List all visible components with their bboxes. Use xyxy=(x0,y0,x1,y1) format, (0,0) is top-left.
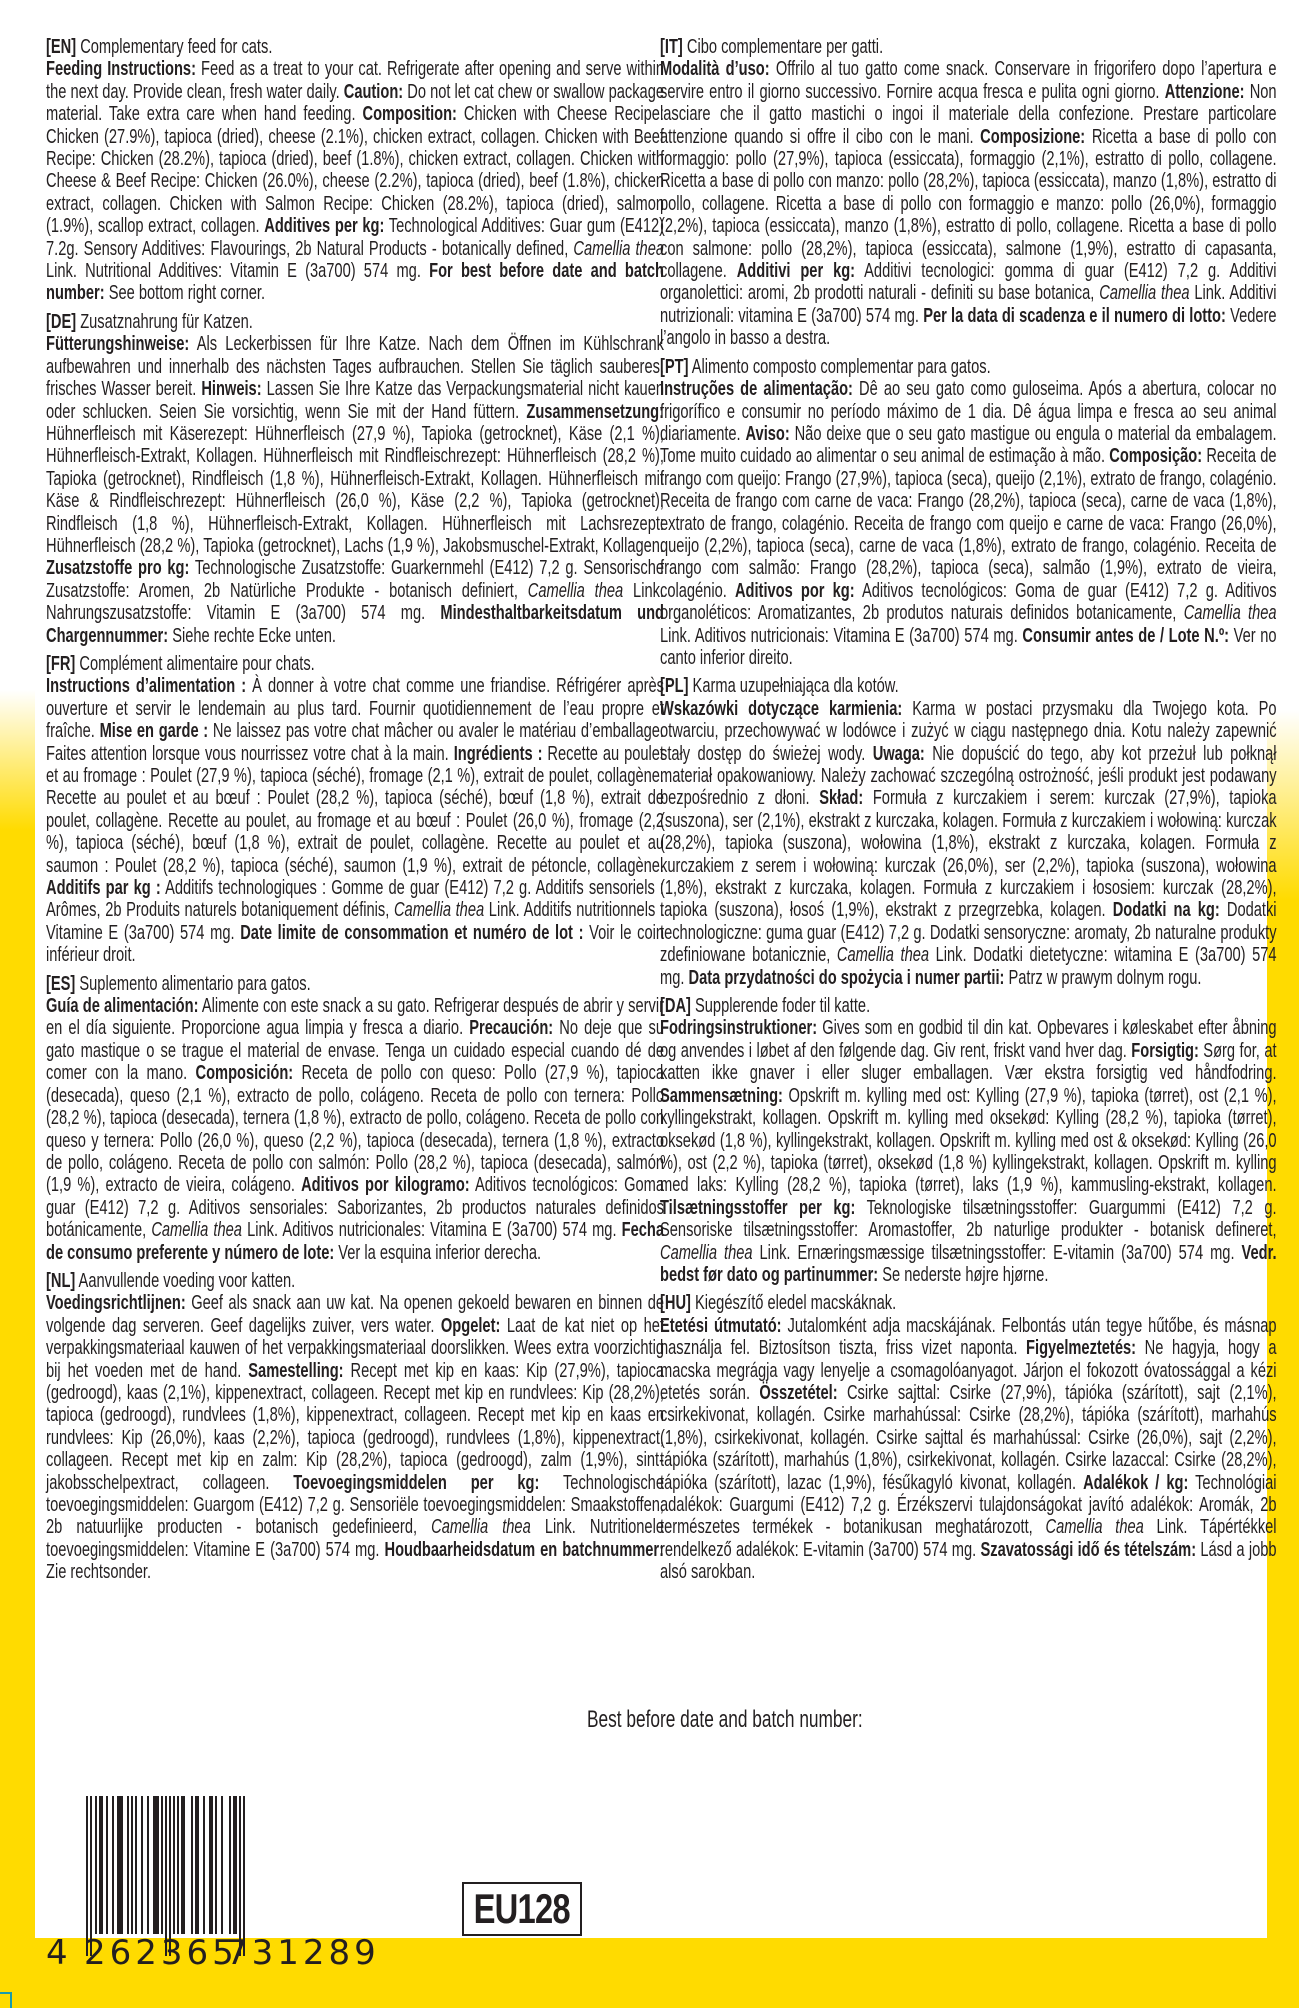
caution-label: Caution: xyxy=(344,81,403,103)
section-fr: [FR] Complément alimentaire pour chats. … xyxy=(46,653,664,967)
section-da: [DA] Supplerende foder til katte. Fodrin… xyxy=(660,995,1277,1286)
barcode-bar xyxy=(243,1796,245,1956)
left-column: [EN] Complementary feed for cats. Feedin… xyxy=(46,36,664,1590)
section-body: Feeding Instructions: Feed as a treat to… xyxy=(46,58,664,304)
camellia-thea-text: Camellia thea xyxy=(431,1516,531,1538)
caution-label: Attenzione: xyxy=(1165,81,1245,103)
right-column: [IT] Cibo complementare per gatti. Modal… xyxy=(660,36,1277,1590)
best-before-label: Data przydatności do spożycia i numer pa… xyxy=(689,967,1005,989)
section-body: Guía de alimentación: Alimente con este … xyxy=(46,995,664,1264)
language-tag: [DE] xyxy=(46,311,76,333)
barcode-bar xyxy=(106,1796,108,1934)
feeding-label: Fodringsinstruktioner: xyxy=(660,1017,817,1039)
section-intro: [ES] Suplemento alimentario para gatos. xyxy=(46,973,664,995)
composition-text: Hühnerfleisch mit Käserezept: Hühnerflei… xyxy=(46,423,664,557)
barcode-bar xyxy=(117,1796,123,1934)
section-de: [DE] Zusatznahrung für Katzen. Fütterung… xyxy=(46,311,664,647)
section-intro: [EN] Complementary feed for cats. xyxy=(46,36,664,58)
barcode-bar xyxy=(177,1796,179,1934)
barcode-bar xyxy=(233,1796,237,1934)
section-intro: [IT] Cibo complementare per gatti. xyxy=(660,36,1277,58)
language-tag: [ES] xyxy=(46,973,75,995)
section-it: [IT] Cibo complementare per gatti. Modal… xyxy=(660,36,1277,350)
best-before-label: Szavatossági idő és tételszám: xyxy=(980,1539,1196,1561)
composition-label: Composição: xyxy=(1109,445,1202,467)
additives-text-2: Link. Aditivos nutricionales: Vitamina E… xyxy=(247,1219,616,1241)
camellia-thea-text: Camellia thea xyxy=(1099,282,1189,304)
feeding-label: Instructions d’alimentation : xyxy=(46,675,246,697)
intro-text: Complément alimentaire pour chats. xyxy=(79,653,314,675)
additives-label: Aditivos por kg: xyxy=(735,580,855,602)
camellia-thea-text: Camellia thea xyxy=(151,1219,242,1241)
section-en: [EN] Complementary feed for cats. Feedin… xyxy=(46,36,664,305)
composition-text: Ricetta a base di pollo con formaggio: p… xyxy=(660,126,1277,282)
intro-text: Suplemento alimentario para gatos. xyxy=(79,973,310,995)
composition-label: Samestelling: xyxy=(248,1360,343,1382)
composition-label: Sammensætning: xyxy=(660,1085,783,1107)
barcode-bars xyxy=(86,1796,348,1946)
section-intro: [FR] Complément alimentaire pour chats. xyxy=(46,653,664,675)
barcode-bar xyxy=(90,1796,92,1956)
section-pt: [PT] Alimento composto complementar para… xyxy=(660,356,1277,670)
feeding-label: Feeding Instructions: xyxy=(46,58,196,80)
section-body: Modalità d’uso: Offrilo al tuo gatto com… xyxy=(660,58,1277,349)
caution-label: Uwaga: xyxy=(873,743,925,765)
best-before-label: Date limite de consommation et numéro de… xyxy=(240,922,583,944)
camellia-thea-text: Camellia thea xyxy=(1184,602,1277,624)
section-body: Instructions d’alimentation : À donner à… xyxy=(46,675,664,966)
section-body: Etetési útmutató: Jutalomként adja macsk… xyxy=(660,1315,1277,1584)
caution-label: Mise en garde : xyxy=(100,720,209,742)
language-tag: [IT] xyxy=(660,36,683,58)
barcode-bar xyxy=(112,1796,114,1934)
barcode-bar xyxy=(99,1796,103,1934)
section-intro: [HU] Kiegészítő eledel macskáknak. xyxy=(660,1292,1277,1314)
feeding-label: Voedingsrichtlijnen: xyxy=(46,1292,186,1314)
barcode-bar xyxy=(127,1796,129,1934)
camellia-thea-text: Camellia thea xyxy=(528,580,623,602)
camellia-thea-text: Camellia thea xyxy=(660,1242,753,1264)
barcode-bar xyxy=(95,1796,97,1934)
additives-label: Additives per kg: xyxy=(264,215,384,237)
barcode-bar xyxy=(191,1796,193,1934)
barcode-bar xyxy=(147,1796,149,1934)
feeding-label: Fütterungshinweise: xyxy=(46,333,189,355)
section-intro: [NL] Aanvullende voeding voor katten. xyxy=(46,1270,664,1292)
section-body: Instruções de alimentação: Dê ao seu gat… xyxy=(660,378,1277,669)
best-before-text: See bottom right corner. xyxy=(109,282,265,304)
barcode-bar xyxy=(153,1796,159,1934)
camellia-thea-text: Camellia thea xyxy=(573,238,664,260)
caution-label: Opgelet: xyxy=(441,1315,500,1337)
barcode-bar xyxy=(169,1796,171,1956)
barcode-bar xyxy=(161,1796,163,1934)
barcode-bar xyxy=(181,1796,185,1934)
barcode-right-group: 731289 xyxy=(226,1936,380,1970)
section-body: Wskazówki dotyczące karmienia: Karma w p… xyxy=(660,698,1277,989)
additives-label: Aditivos por kilogramo: xyxy=(301,1174,470,1196)
language-tag: [FR] xyxy=(46,653,75,675)
composition-label: Composición: xyxy=(196,1062,294,1084)
additives-label: Additivi per kg: xyxy=(737,260,855,282)
composition-label: Összetétel: xyxy=(759,1382,837,1404)
barcode-bar xyxy=(135,1796,137,1934)
additives-label: Tilsætningsstoffer per kg: xyxy=(660,1197,855,1219)
composition-label: Composizione: xyxy=(980,126,1085,148)
intro-text: Kiegészítő eledel macskáknak. xyxy=(695,1292,896,1314)
caution-label: Figyelmeztetés: xyxy=(1026,1337,1136,1359)
intro-text: Complementary feed for cats. xyxy=(80,36,272,58)
best-before-label: Houd­baarheidsdatum en batchnummer: xyxy=(384,1539,664,1561)
additives-label: Dodatki na kg: xyxy=(1113,899,1220,921)
section-pl: [PL] Karma uzupełniająca dla kotów. Wska… xyxy=(660,675,1277,989)
section-intro: [PT] Alimento composto complementar para… xyxy=(660,356,1277,378)
additives-label: Toevoegingsmiddelen per kg: xyxy=(293,1472,539,1494)
best-before-text: Ver la esquina inferior derecha. xyxy=(338,1242,541,1264)
barcode-bar xyxy=(141,1796,143,1934)
intro-text: Supplerende foder til katte. xyxy=(695,995,870,1017)
composition-text: Receita de frango com queijo: Frango (27… xyxy=(660,445,1277,601)
ean-barcode: 4 262365 731289 xyxy=(68,1796,338,1968)
barcode-bar xyxy=(131,1796,133,1934)
intro-text: Alimento composto complementar para gato… xyxy=(692,356,991,378)
intro-text: Karma uzupełniająca dla kotów. xyxy=(693,675,899,697)
language-tag: [EN] xyxy=(46,36,76,58)
additives-text-2: Link. Ernæringsmæssige tilsæt­ningsstoff… xyxy=(760,1242,1235,1264)
additives-text-2: Link. Nutritional Additives: Vitamin E (… xyxy=(46,260,421,282)
barcode-bar xyxy=(221,1796,223,1934)
intro-text: Zusatznahrung für Katzen. xyxy=(80,311,253,333)
feeding-label: Etetési útmutató: xyxy=(660,1315,782,1337)
caution-label: Hinweis: xyxy=(201,378,261,400)
language-tag: [PL] xyxy=(660,675,688,697)
intro-text: Cibo complementare per gatti. xyxy=(687,36,883,58)
feeding-label: Instruções de alimentação: xyxy=(660,378,853,400)
approval-code: EU128 xyxy=(474,1885,570,1933)
section-intro: [PL] Karma uzupełniająca dla kotów. xyxy=(660,675,1277,697)
best-before-text: Patrz w prawym dolnym rogu. xyxy=(1008,967,1201,989)
camellia-thea-text: Camellia thea xyxy=(837,944,929,966)
caution-label: Forsigtig: xyxy=(1131,1040,1199,1062)
section-body: Fodringsinstruktioner: Gives som en godb… xyxy=(660,1017,1277,1286)
additives-label: Zusatzstoffe pro kg: xyxy=(46,557,189,579)
approval-code-box: EU128 xyxy=(462,1882,582,1936)
barcode-left-group: 262365 xyxy=(84,1936,238,1970)
best-before-heading: Best before date and batch number: xyxy=(587,1706,863,1734)
section-hu: [HU] Kiegészítő eledel macskáknak. Eteté… xyxy=(660,1292,1277,1583)
camellia-thea-text: Camellia thea xyxy=(1046,1516,1144,1538)
yellow-border-left xyxy=(0,0,35,2008)
language-tag: [DA] xyxy=(660,995,691,1017)
barcode-bar xyxy=(86,1796,88,1956)
caution-label: Aviso: xyxy=(746,423,790,445)
composition-label: Ingrédients : xyxy=(454,743,543,765)
section-intro: [DE] Zusatznahrung für Katzen. xyxy=(46,311,664,333)
barcode-bar xyxy=(239,1796,241,1956)
barcode-bar xyxy=(229,1796,231,1934)
best-before-label: Per la data di scadenza e il numero di l… xyxy=(923,305,1226,327)
barcode-bar xyxy=(173,1796,175,1934)
intro-text: Aanvullende voeding voor katten. xyxy=(79,1270,296,1292)
camellia-thea-text: Camellia thea xyxy=(394,899,484,921)
section-intro: [DA] Supplerende foder til katte. xyxy=(660,995,1277,1017)
additives-label: Adalékok / kg: xyxy=(1083,1472,1188,1494)
barcode-bar xyxy=(203,1796,205,1934)
feeding-label: Guía de alimentación: xyxy=(46,995,198,1017)
composition-label: Skład: xyxy=(819,787,863,809)
language-tag: [NL] xyxy=(46,1270,75,1292)
barcode-bar xyxy=(209,1796,213,1934)
section-nl: [NL] Aanvullende voeding voor katten. Vo… xyxy=(46,1270,664,1584)
section-es: [ES] Suplemento alimentario para gatos. … xyxy=(46,973,664,1264)
language-tag: [HU] xyxy=(660,1292,691,1314)
section-body: Fütterungshinweise: Als Leckerbissen für… xyxy=(46,333,664,647)
best-before-label: Consumir antes de / Lote N.º: xyxy=(1022,625,1229,647)
barcode-bar xyxy=(215,1796,217,1934)
language-tag: [PT] xyxy=(660,356,688,378)
crop-mark-icon xyxy=(0,1992,12,2008)
best-before-text: Se nederste højre hjørne. xyxy=(882,1264,1048,1286)
feeding-label: Wskazówki dotyczące karmienia: xyxy=(660,698,902,720)
barcode-bar xyxy=(195,1796,199,1934)
feeding-label: Modalità d’uso: xyxy=(660,58,770,80)
additives-text-2: Link. Aditivos nutricionais: Vitamina E … xyxy=(660,625,1018,647)
additives-label: Additifs par kg : xyxy=(46,877,161,899)
caution-label: Precaución: xyxy=(469,1017,553,1039)
composition-label: Composi­tion: xyxy=(363,103,457,125)
composition-label: Zusammensetzung: xyxy=(526,401,664,423)
section-body: Voedingsrichtlijnen: Geef als snack aan … xyxy=(46,1292,664,1583)
barcode-bar xyxy=(165,1796,167,1956)
best-before-text: Siehe rechte Ecke unten. xyxy=(172,625,336,647)
barcode-first-digit: 4 xyxy=(46,1936,72,1970)
best-before-text: Zie rechtsonder. xyxy=(46,1561,151,1583)
